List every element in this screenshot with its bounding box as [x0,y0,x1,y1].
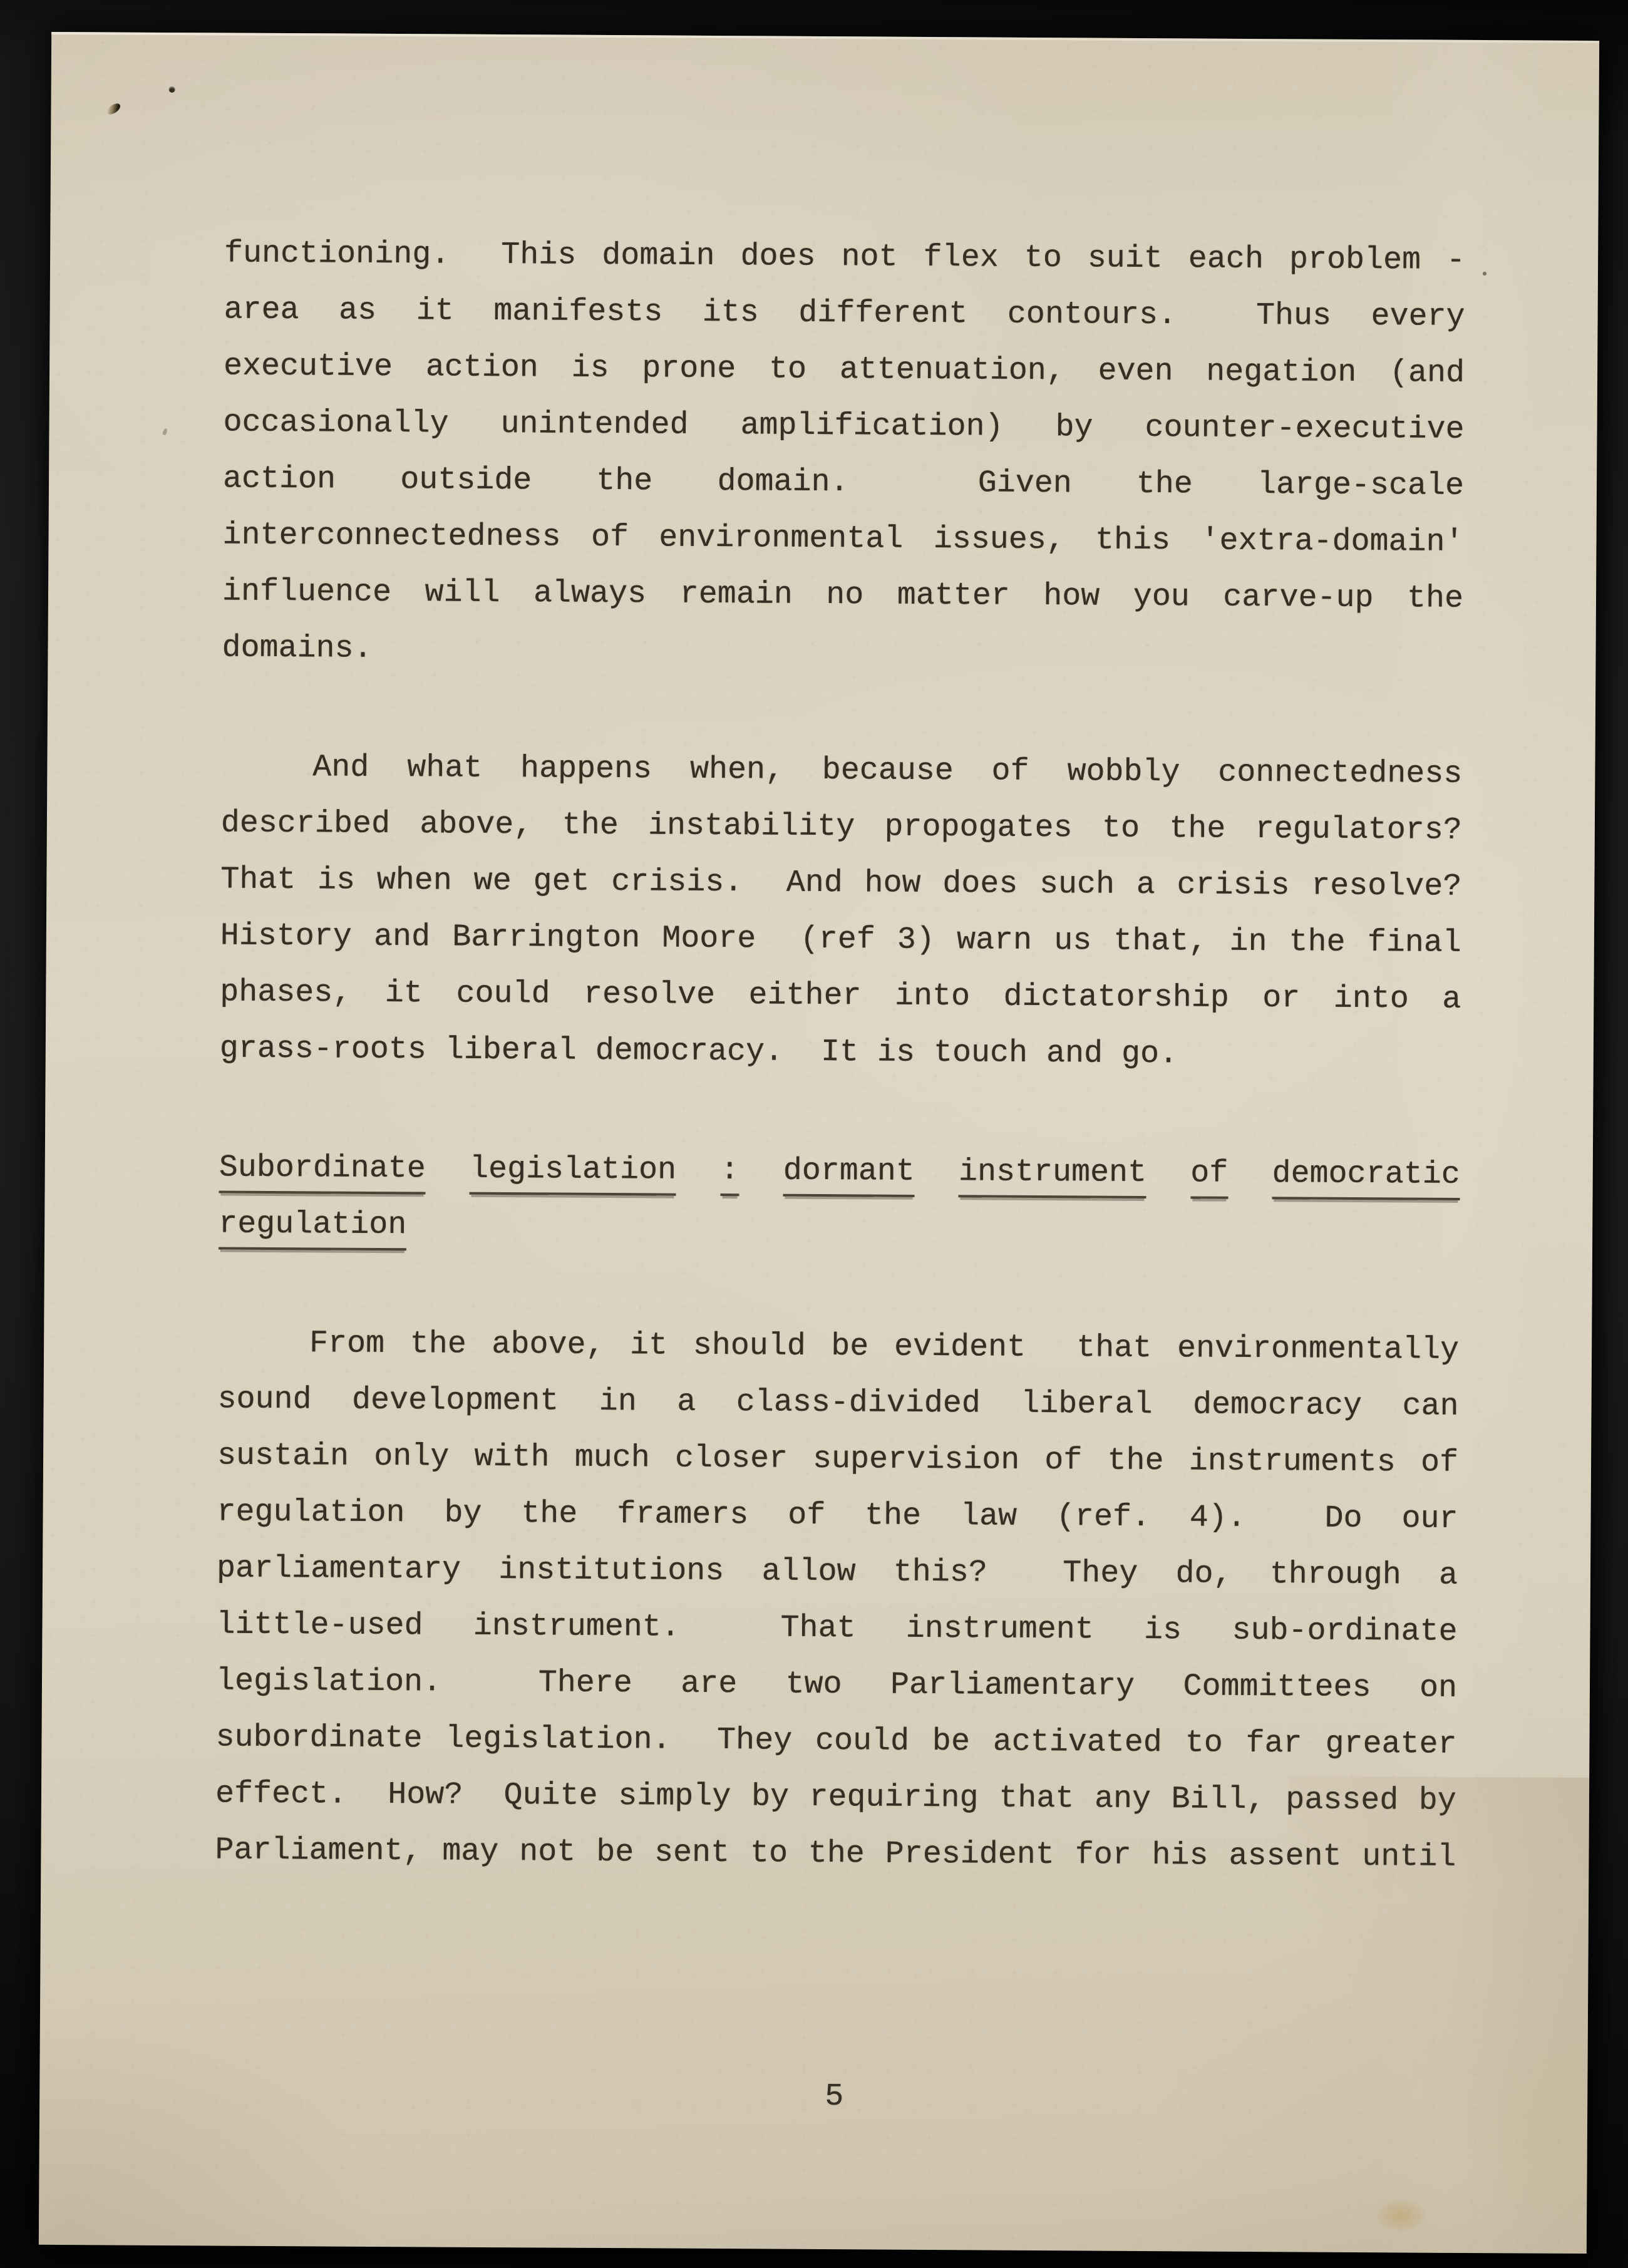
text-line: little-used instrument. That instrument … [216,1597,1457,1660]
document-page: functioning. This domain does not flex t… [39,32,1599,2254]
underlined-word: democratic [1272,1156,1460,1200]
text-line: described above, the instability propoga… [221,795,1462,858]
paragraph: From the above, it should be evident tha… [215,1315,1459,1885]
underlined-word: of [1190,1155,1228,1198]
underlined-word: Subordinate [219,1150,426,1194]
paragraph: And what happens when, because of wobbly… [220,739,1463,1084]
text-line: action outside the domain. Given the lar… [223,451,1464,515]
text-line: From the above, it should be evident tha… [218,1315,1459,1378]
section-heading: Subordinate legislation : dormant instru… [219,1140,1460,1259]
text-line: parliamentary institutions allow this? T… [217,1540,1458,1604]
text-line: subordinate legislation. They could be a… [215,1709,1456,1773]
text-line: executive action is prone to attenuation… [224,339,1465,402]
text-line: domains. [222,620,1463,683]
underlined-word: legislation [470,1152,676,1196]
text-line: And what happens when, because of wobbly… [221,739,1462,802]
text-line: legislation. There are two Parliamentary… [216,1653,1457,1716]
text-line: functioning. This domain does not flex t… [224,226,1465,289]
underlined-word: regulation [219,1206,406,1250]
text-line: phases, it could resolve either into dic… [220,964,1461,1028]
text-line: sustain only with much closer supervisio… [217,1428,1458,1491]
text-line: Parliament, may not be sent to the Presi… [215,1822,1456,1885]
underlined-word: instrument [959,1154,1146,1198]
text-line: effect. How? Quite simply by requiring t… [215,1766,1456,1829]
page-number: 5 [214,2065,1455,2128]
text-line: grass-roots liberal democracy. It is tou… [220,1021,1461,1084]
text-line: regulation by the framers of the law (re… [217,1484,1458,1547]
text-line: That is when we get crisis. And how does… [220,852,1461,915]
text-line: area as it manifests its different conto… [224,282,1465,346]
text-line: sound development in a class-divided lib… [217,1371,1458,1435]
text-line: interconnectedness of environmental issu… [222,507,1463,570]
typewritten-text: functioning. This domain does not flex t… [214,226,1465,2129]
text-line: History and Barrington Moore (ref 3) war… [220,908,1461,971]
stain-mark [1366,2193,1435,2238]
paragraph: functioning. This domain does not flex t… [222,226,1465,684]
ink-speck [1483,272,1486,276]
pin-hole-mark [169,86,175,93]
underlined-word: : [720,1153,739,1196]
underlined-word: dormant [783,1153,914,1197]
text-line: influence will always remain no matter h… [222,564,1463,627]
text-line: regulation [219,1196,1460,1259]
text-line: occasionally unintended amplification) b… [223,395,1464,458]
text-line: Subordinate legislation : dormant instru… [219,1140,1460,1203]
